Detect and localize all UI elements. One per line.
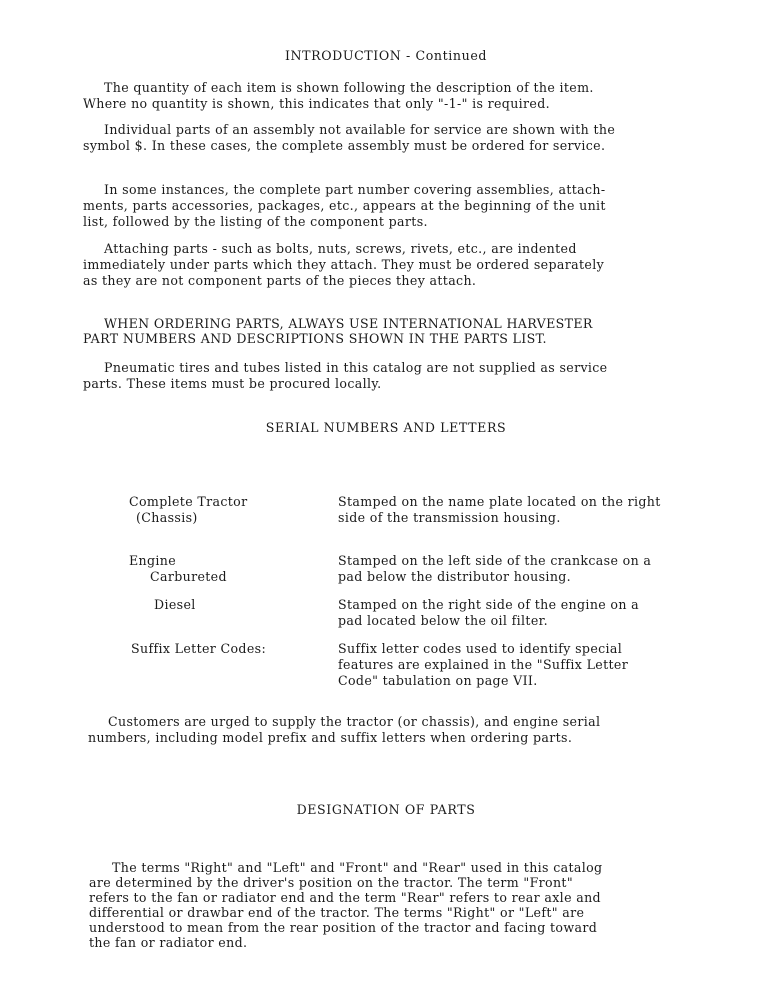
page-title: INTRODUCTION - Continued xyxy=(0,48,772,63)
text-line: list, followed by the listing of the com… xyxy=(83,214,428,230)
serial-numbers-heading: SERIAL NUMBERS AND LETTERS xyxy=(0,420,772,435)
serial-description: pad below the distributor housing. xyxy=(338,569,571,585)
serial-description: Stamped on the left side of the crankcas… xyxy=(338,553,651,569)
text-line: parts. These items must be procured loca… xyxy=(83,376,382,392)
text-line: differential or drawbar end of the tract… xyxy=(89,905,584,921)
text-line: the fan or radiator end. xyxy=(89,935,247,951)
text-line: as they are not component parts of the p… xyxy=(83,273,476,289)
serial-label: Complete Tractor xyxy=(129,494,247,510)
text-line: The terms "Right" and "Left" and "Front"… xyxy=(112,860,602,876)
text-line: Customers are urged to supply the tracto… xyxy=(108,714,600,730)
serial-label: (Chassis) xyxy=(136,510,198,526)
text-line: understood to mean from the rear positio… xyxy=(89,920,597,936)
serial-label: Diesel xyxy=(154,597,196,613)
serial-label: Engine xyxy=(129,553,176,569)
text-line: In some instances, the complete part num… xyxy=(104,182,605,198)
serial-description: Stamped on the right side of the engine … xyxy=(338,597,639,613)
text-line: PART NUMBERS AND DESCRIPTIONS SHOWN IN T… xyxy=(83,331,547,347)
designation-heading: DESIGNATION OF PARTS xyxy=(0,802,772,817)
serial-description: features are explained in the "Suffix Le… xyxy=(338,657,628,673)
serial-description: Suffix letter codes used to identify spe… xyxy=(338,641,622,657)
text-line: Pneumatic tires and tubes listed in this… xyxy=(104,360,608,376)
serial-description: side of the transmission housing. xyxy=(338,510,561,526)
text-line: numbers, including model prefix and suff… xyxy=(88,730,572,746)
text-line: ments, parts accessories, packages, etc.… xyxy=(83,198,606,214)
text-line: are determined by the driver's position … xyxy=(89,875,573,891)
text-line: refers to the fan or radiator end and th… xyxy=(89,890,601,906)
serial-label: Carbureted xyxy=(150,569,227,585)
text-line: immediately under parts which they attac… xyxy=(83,257,604,273)
serial-description: Code" tabulation on page VII. xyxy=(338,673,538,689)
serial-description: pad located below the oil filter. xyxy=(338,613,548,629)
text-line: WHEN ORDERING PARTS, ALWAYS USE INTERNAT… xyxy=(104,316,593,332)
serial-label: Suffix Letter Codes: xyxy=(131,641,266,657)
text-line: symbol $. In these cases, the complete a… xyxy=(83,138,605,154)
text-line: Individual parts of an assembly not avai… xyxy=(104,122,615,138)
serial-description: Stamped on the name plate located on the… xyxy=(338,494,661,510)
text-line: Where no quantity is shown, this indicat… xyxy=(83,96,550,112)
text-line: The quantity of each item is shown follo… xyxy=(104,80,594,96)
text-line: Attaching parts - such as bolts, nuts, s… xyxy=(104,241,577,257)
